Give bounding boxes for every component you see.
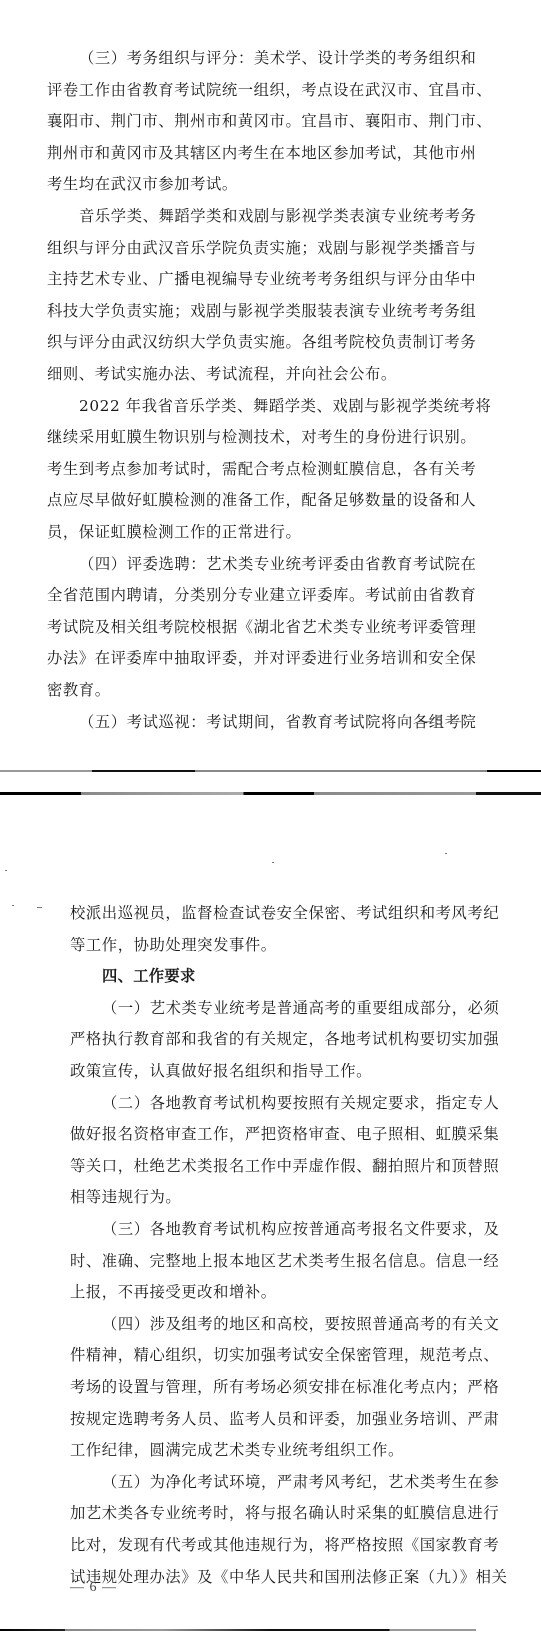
- scan-speck: [272, 862, 274, 863]
- text-line: 考场的设置与管理，所有考场必须安排在标准化考点内；严格: [70, 1372, 485, 1403]
- page-bottom-edge: [0, 1629, 541, 1631]
- text-line: （三）各地教育考试机构应按普通高考报名文件要求，及: [70, 1214, 485, 1245]
- text-line: 比对，发现有代考或其他违规行为，将严格按照《国家教育考: [70, 1530, 485, 1561]
- text-line: 相等违规行为。: [70, 1182, 485, 1213]
- scan-speck: [37, 907, 42, 908]
- text-line: 件精神，精心组织，切实加强考试安全保密管理，规范考点、: [70, 1340, 485, 1371]
- section-heading: 四、工作要求: [70, 961, 485, 992]
- text-line: 严格执行教育部和我省的有关规定，各地考试机构要切实加强: [70, 1024, 485, 1055]
- document-page-6: 校派出巡视员，监督检查试卷安全保密、考试组织和考风考纪等工作，协助处理突发事件。…: [0, 0, 541, 852]
- text-line: 做好报名资格审查工作，严把资格审查、电子照相、虹膜采集: [70, 1119, 485, 1150]
- scan-speck: [445, 853, 447, 854]
- scan-speck: [5, 870, 7, 871]
- text-line: 工作纪律，圆满完成艺术类专业统考组织工作。: [70, 1435, 485, 1466]
- scan-speck: [12, 905, 14, 906]
- text-line: 加艺术类各专业统考时，将与报名确认时采集的虹膜信息进行: [70, 1498, 485, 1529]
- page-number-6: — 6 —: [70, 1580, 117, 1596]
- text-line: 校派出巡视员，监督检查试卷安全保密、考试组织和考风考纪: [70, 898, 485, 929]
- text-line: （五）为净化考试环境，严肃考风考纪，艺术类考生在参: [70, 1467, 485, 1498]
- text-line: （四）涉及组考的地区和高校，要按照普通高考的有关文: [70, 1309, 485, 1340]
- text-line: 时、准确、完整地上报本地区艺术类考生报名信息。信息一经: [70, 1246, 485, 1277]
- text-line: 等关口，杜绝艺术类报名工作中弄虚作假、翻拍照片和顶替照: [70, 1151, 485, 1182]
- text-line: 等工作，协助处理突发事件。: [70, 930, 485, 961]
- text-line: 上报，不再接受更改和增补。: [70, 1277, 485, 1308]
- text-line: 试违规处理办法》及《中华人民共和国刑法修正案（九）》相关: [70, 1562, 485, 1593]
- text-line: 政策宣传，认真做好报名组织和指导工作。: [70, 1056, 485, 1087]
- text-line: 按规定选聘考务人员、监考人员和评委，加强业务培训、严肃: [70, 1404, 485, 1435]
- text-line: （一）艺术类专业统考是普通高考的重要组成部分，必须: [70, 993, 485, 1024]
- text-line: （二）各地教育考试机构要按照有关规定要求，指定专人: [70, 1088, 485, 1119]
